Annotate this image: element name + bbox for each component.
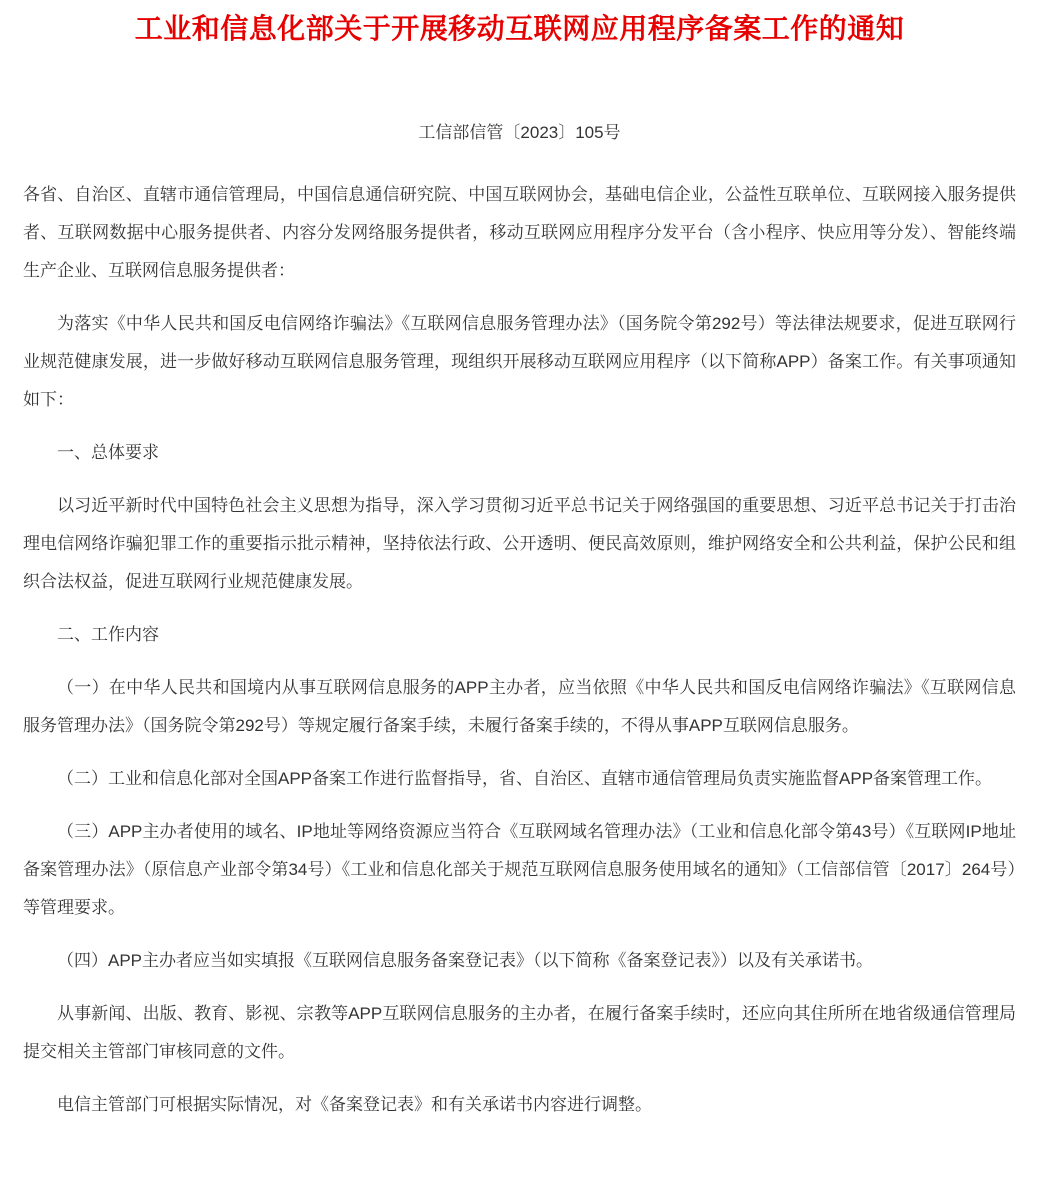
work-item-4-registration-form: （四）APP主办者应当如实填报《互联网信息服务备案登记表》（以下简称《备案登记表… xyxy=(23,942,1016,980)
paragraph-form-adjustment: 电信主管部门可根据实际情况，对《备案登记表》和有关承诺书内容进行调整。 xyxy=(23,1086,1016,1124)
work-item-1-filing-obligation: （一）在中华人民共和国境内从事互联网信息服务的APP主办者，应当依照《中华人民共… xyxy=(23,669,1016,745)
document-number: 工信部信管〔2023〕105号 xyxy=(23,122,1016,144)
section-heading-overall-requirements: 一、总体要求 xyxy=(23,434,1016,472)
section-heading-work-content: 二、工作内容 xyxy=(23,616,1016,654)
work-item-2-supervision: （二）工业和信息化部对全国APP备案工作进行监督指导，省、自治区、直辖市通信管理… xyxy=(23,760,1016,798)
document-title: 工业和信息化部关于开展移动互联网应用程序备案工作的通知 xyxy=(23,10,1016,48)
salutation-paragraph: 各省、自治区、直辖市通信管理局，中国信息通信研究院、中国互联网协会，基础电信企业… xyxy=(23,176,1016,290)
intro-paragraph: 为落实《中华人民共和国反电信网络诈骗法》《互联网信息服务管理办法》（国务院令第2… xyxy=(23,305,1016,419)
section-1-paragraph-guiding-principles: 以习近平新时代中国特色社会主义思想为指导，深入学习贯彻习近平总书记关于网络强国的… xyxy=(23,487,1016,601)
notice-document-page: 工业和信息化部关于开展移动互联网应用程序备案工作的通知 工信部信管〔2023〕1… xyxy=(0,0,1038,1163)
paragraph-special-services-approval: 从事新闻、出版、教育、影视、宗教等APP互联网信息服务的主办者，在履行备案手续时… xyxy=(23,995,1016,1071)
work-item-3-network-resources: （三）APP主办者使用的域名、IP地址等网络资源应当符合《互联网域名管理办法》（… xyxy=(23,813,1016,927)
